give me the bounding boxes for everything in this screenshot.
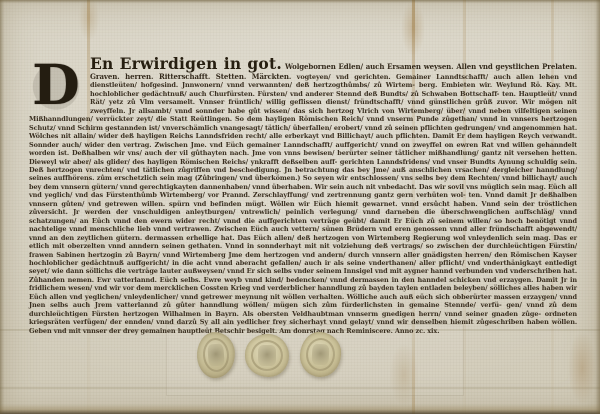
wax-seal-middle xyxy=(245,334,289,377)
ornamental-initial: D xyxy=(29,58,83,115)
wax-seal-motif xyxy=(258,345,276,366)
opening-salutation: En Erwirdigen in got. xyxy=(90,54,282,73)
letter-paragraph: En Erwirdigen in got.Wolgebornen Edlen/ … xyxy=(29,55,577,335)
wax-seal-motif xyxy=(312,343,329,365)
wax-seal-motif xyxy=(208,343,225,366)
document-scan: D En Erwirdigen in got.Wolgebornen Edlen… xyxy=(0,0,600,414)
letter-body: vogteyen/ vnd gerichten. Gemainer Lanndt… xyxy=(29,73,577,335)
paper-edge-left xyxy=(0,0,4,414)
paper-edge-bottom xyxy=(0,404,600,414)
paper-edge-right xyxy=(595,0,600,414)
letter-text-block: D En Erwirdigen in got.Wolgebornen Edlen… xyxy=(29,55,577,335)
paper-edge-top xyxy=(0,0,600,3)
